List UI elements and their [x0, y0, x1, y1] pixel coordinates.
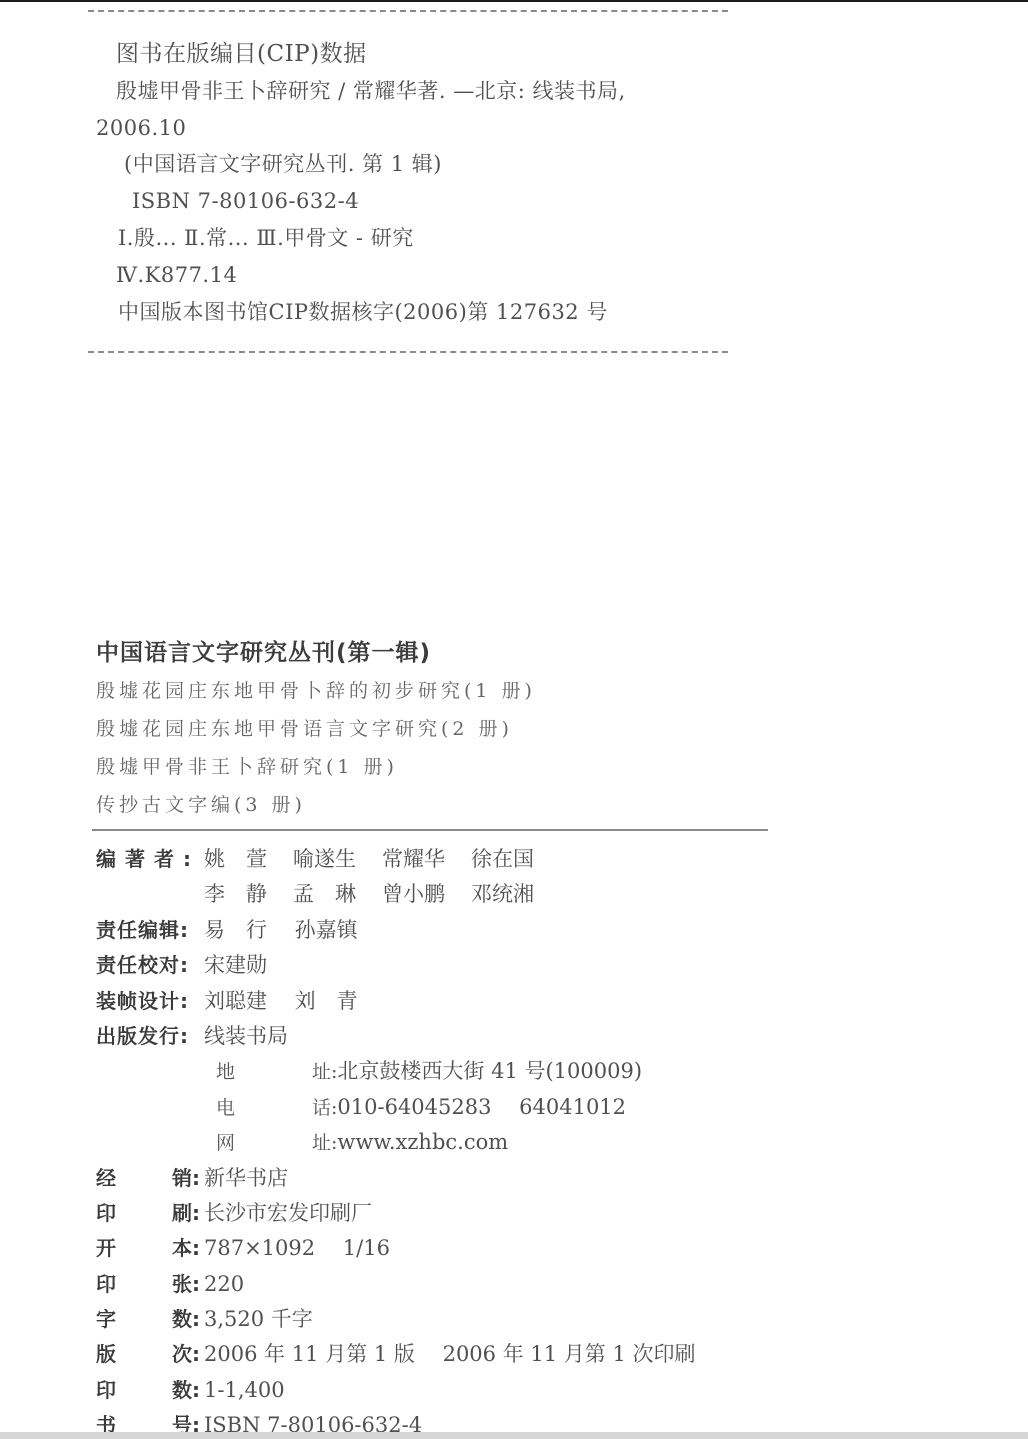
series-item: 殷墟甲骨非王卜辞研究(1 册): [96, 748, 776, 786]
cip-line-date: 2006.10: [96, 110, 756, 147]
page-bottom-edge: [0, 1432, 1028, 1439]
phone-value: 010-64045283 64041012: [337, 1095, 626, 1119]
printer-label-b: 刷:: [172, 1201, 200, 1225]
format-value: 787×1092 1/16: [204, 1236, 390, 1260]
series-title: 中国语言文字研究丛刊(第一辑): [96, 634, 776, 672]
distributor-value: 新华书店: [204, 1166, 288, 1190]
cip-line-series: (中国语言文字研究丛刊. 第 1 辑): [124, 146, 756, 183]
design-value: 刘聪建 刘 青: [204, 989, 358, 1013]
word-count-value: 3,520 千字: [204, 1307, 313, 1331]
cip-bottom-dashed-rule: [88, 351, 728, 353]
format-label-a: 开: [96, 1231, 172, 1266]
sheets-label-b: 张:: [172, 1272, 200, 1296]
cip-title: 图书在版编目(CIP)数据: [116, 36, 756, 73]
series-item: 殷墟花园庄东地甲骨语言文字研究(2 册): [96, 710, 776, 748]
authors-label: 编著者:: [96, 842, 204, 877]
series-item: 传抄古文字编(3 册): [96, 786, 776, 824]
printer-value: 长沙市宏发印刷厂: [204, 1201, 372, 1225]
cip-line-bibliographic: 殷墟甲骨非王卜辞研究 / 常耀华著. —北京: 线装书局,: [116, 73, 756, 110]
author-name: 邓统湘: [471, 877, 534, 912]
distributor-label-a: 经: [96, 1161, 172, 1196]
section-divider: [92, 829, 768, 831]
editors-value: 易 行 孙嘉镇: [204, 918, 358, 942]
word-count-label-b: 数:: [172, 1307, 200, 1331]
authors-row: 编著者:姚 萱喻遂生常耀华徐在国: [96, 842, 796, 877]
word-count-label-a: 字: [96, 1302, 172, 1337]
print-run-label-b: 数:: [172, 1378, 200, 1402]
address-label-a: 地: [216, 1055, 312, 1090]
print-run-row: 印数:1-1,400: [96, 1373, 796, 1408]
address-value: 北京鼓楼西大街 41 号(100009): [337, 1059, 642, 1083]
edition-label-b: 次:: [172, 1342, 200, 1366]
author-name: 孟 琳: [293, 877, 356, 912]
editors-label: 责任编辑:: [96, 913, 204, 948]
editors-row: 责任编辑:易 行 孙嘉镇: [96, 913, 796, 948]
proofreader-label: 责任校对:: [96, 948, 204, 983]
series-listing: 中国语言文字研究丛刊(第一辑) 殷墟花园庄东地甲骨卜辞的初步研究(1 册) 殷墟…: [96, 634, 776, 824]
address-row: 地址:北京鼓楼西大街 41 号(100009): [96, 1054, 796, 1089]
authors-names: 姚 萱喻遂生常耀华徐在国: [204, 847, 560, 871]
cip-top-dashed-rule: [88, 10, 728, 12]
cip-line-isbn: ISBN 7-80106-632-4: [132, 183, 756, 220]
print-run-label-a: 印: [96, 1373, 172, 1408]
author-name: 常耀华: [382, 842, 445, 877]
edition-row: 版次:2006 年 11 月第 1 版 2006 年 11 月第 1 次印刷: [96, 1337, 796, 1372]
sheets-value: 220: [204, 1272, 244, 1296]
publisher-value: 线装书局: [204, 1024, 288, 1048]
print-run-value: 1-1,400: [204, 1378, 285, 1402]
format-row: 开本:787×1092 1/16: [96, 1231, 796, 1266]
printer-row: 印刷:长沙市宏发印刷厂: [96, 1196, 796, 1231]
design-label: 装帧设计:: [96, 984, 204, 1019]
website-value[interactable]: www.xzhbc.com: [337, 1130, 508, 1154]
authors-row-2: 李 静孟 琳曾小鹏邓统湘: [96, 877, 796, 912]
cip-line-subjects: Ⅰ.殷... Ⅱ.常... Ⅲ.甲骨文 - 研究: [118, 220, 756, 257]
edition-value: 2006 年 11 月第 1 版 2006 年 11 月第 1 次印刷: [204, 1342, 695, 1366]
publisher-label: 出版发行:: [96, 1019, 204, 1054]
author-name: 喻遂生: [293, 842, 356, 877]
cip-line-cip-number: 中国版本图书馆CIP数据核字(2006)第 127632 号: [118, 294, 756, 331]
publication-info: 编著者:姚 萱喻遂生常耀华徐在国 李 静孟 琳曾小鹏邓统湘 责任编辑:易 行 孙…: [96, 842, 796, 1439]
website-label-a: 网: [216, 1126, 312, 1161]
website-label-b: 址:: [312, 1132, 337, 1154]
word-count-row: 字数:3,520 千字: [96, 1302, 796, 1337]
edition-label-a: 版: [96, 1337, 172, 1372]
phone-label-b: 话:: [312, 1097, 337, 1119]
design-row: 装帧设计:刘聪建 刘 青: [96, 984, 796, 1019]
author-name: 徐在国: [471, 842, 534, 877]
sheets-label-a: 印: [96, 1267, 172, 1302]
phone-row: 电话:010-64045283 64041012: [96, 1090, 796, 1125]
address-label-b: 址:: [312, 1061, 337, 1083]
cip-block: 图书在版编目(CIP)数据 殷墟甲骨非王卜辞研究 / 常耀华著. —北京: 线装…: [96, 36, 756, 330]
website-row: 网址:www.xzhbc.com: [96, 1125, 796, 1160]
distributor-label-b: 销:: [172, 1166, 200, 1190]
phone-label-a: 电: [216, 1091, 312, 1126]
proofreader-value: 宋建勋: [204, 953, 267, 977]
author-name: 姚 萱: [204, 842, 267, 877]
cip-line-classification: Ⅳ.K877.14: [116, 257, 756, 294]
sheets-row: 印张:220: [96, 1267, 796, 1302]
series-item: 殷墟花园庄东地甲骨卜辞的初步研究(1 册): [96, 672, 776, 710]
page-top-border: [0, 0, 1028, 2]
proofreader-row: 责任校对:宋建勋: [96, 948, 796, 983]
authors-names: 李 静孟 琳曾小鹏邓统湘: [204, 882, 560, 906]
author-name: 曾小鹏: [382, 877, 445, 912]
publisher-row: 出版发行:线装书局: [96, 1019, 796, 1054]
printer-label-a: 印: [96, 1196, 172, 1231]
format-label-b: 本:: [172, 1236, 200, 1260]
author-name: 李 静: [204, 877, 267, 912]
distributor-row: 经销:新华书店: [96, 1161, 796, 1196]
